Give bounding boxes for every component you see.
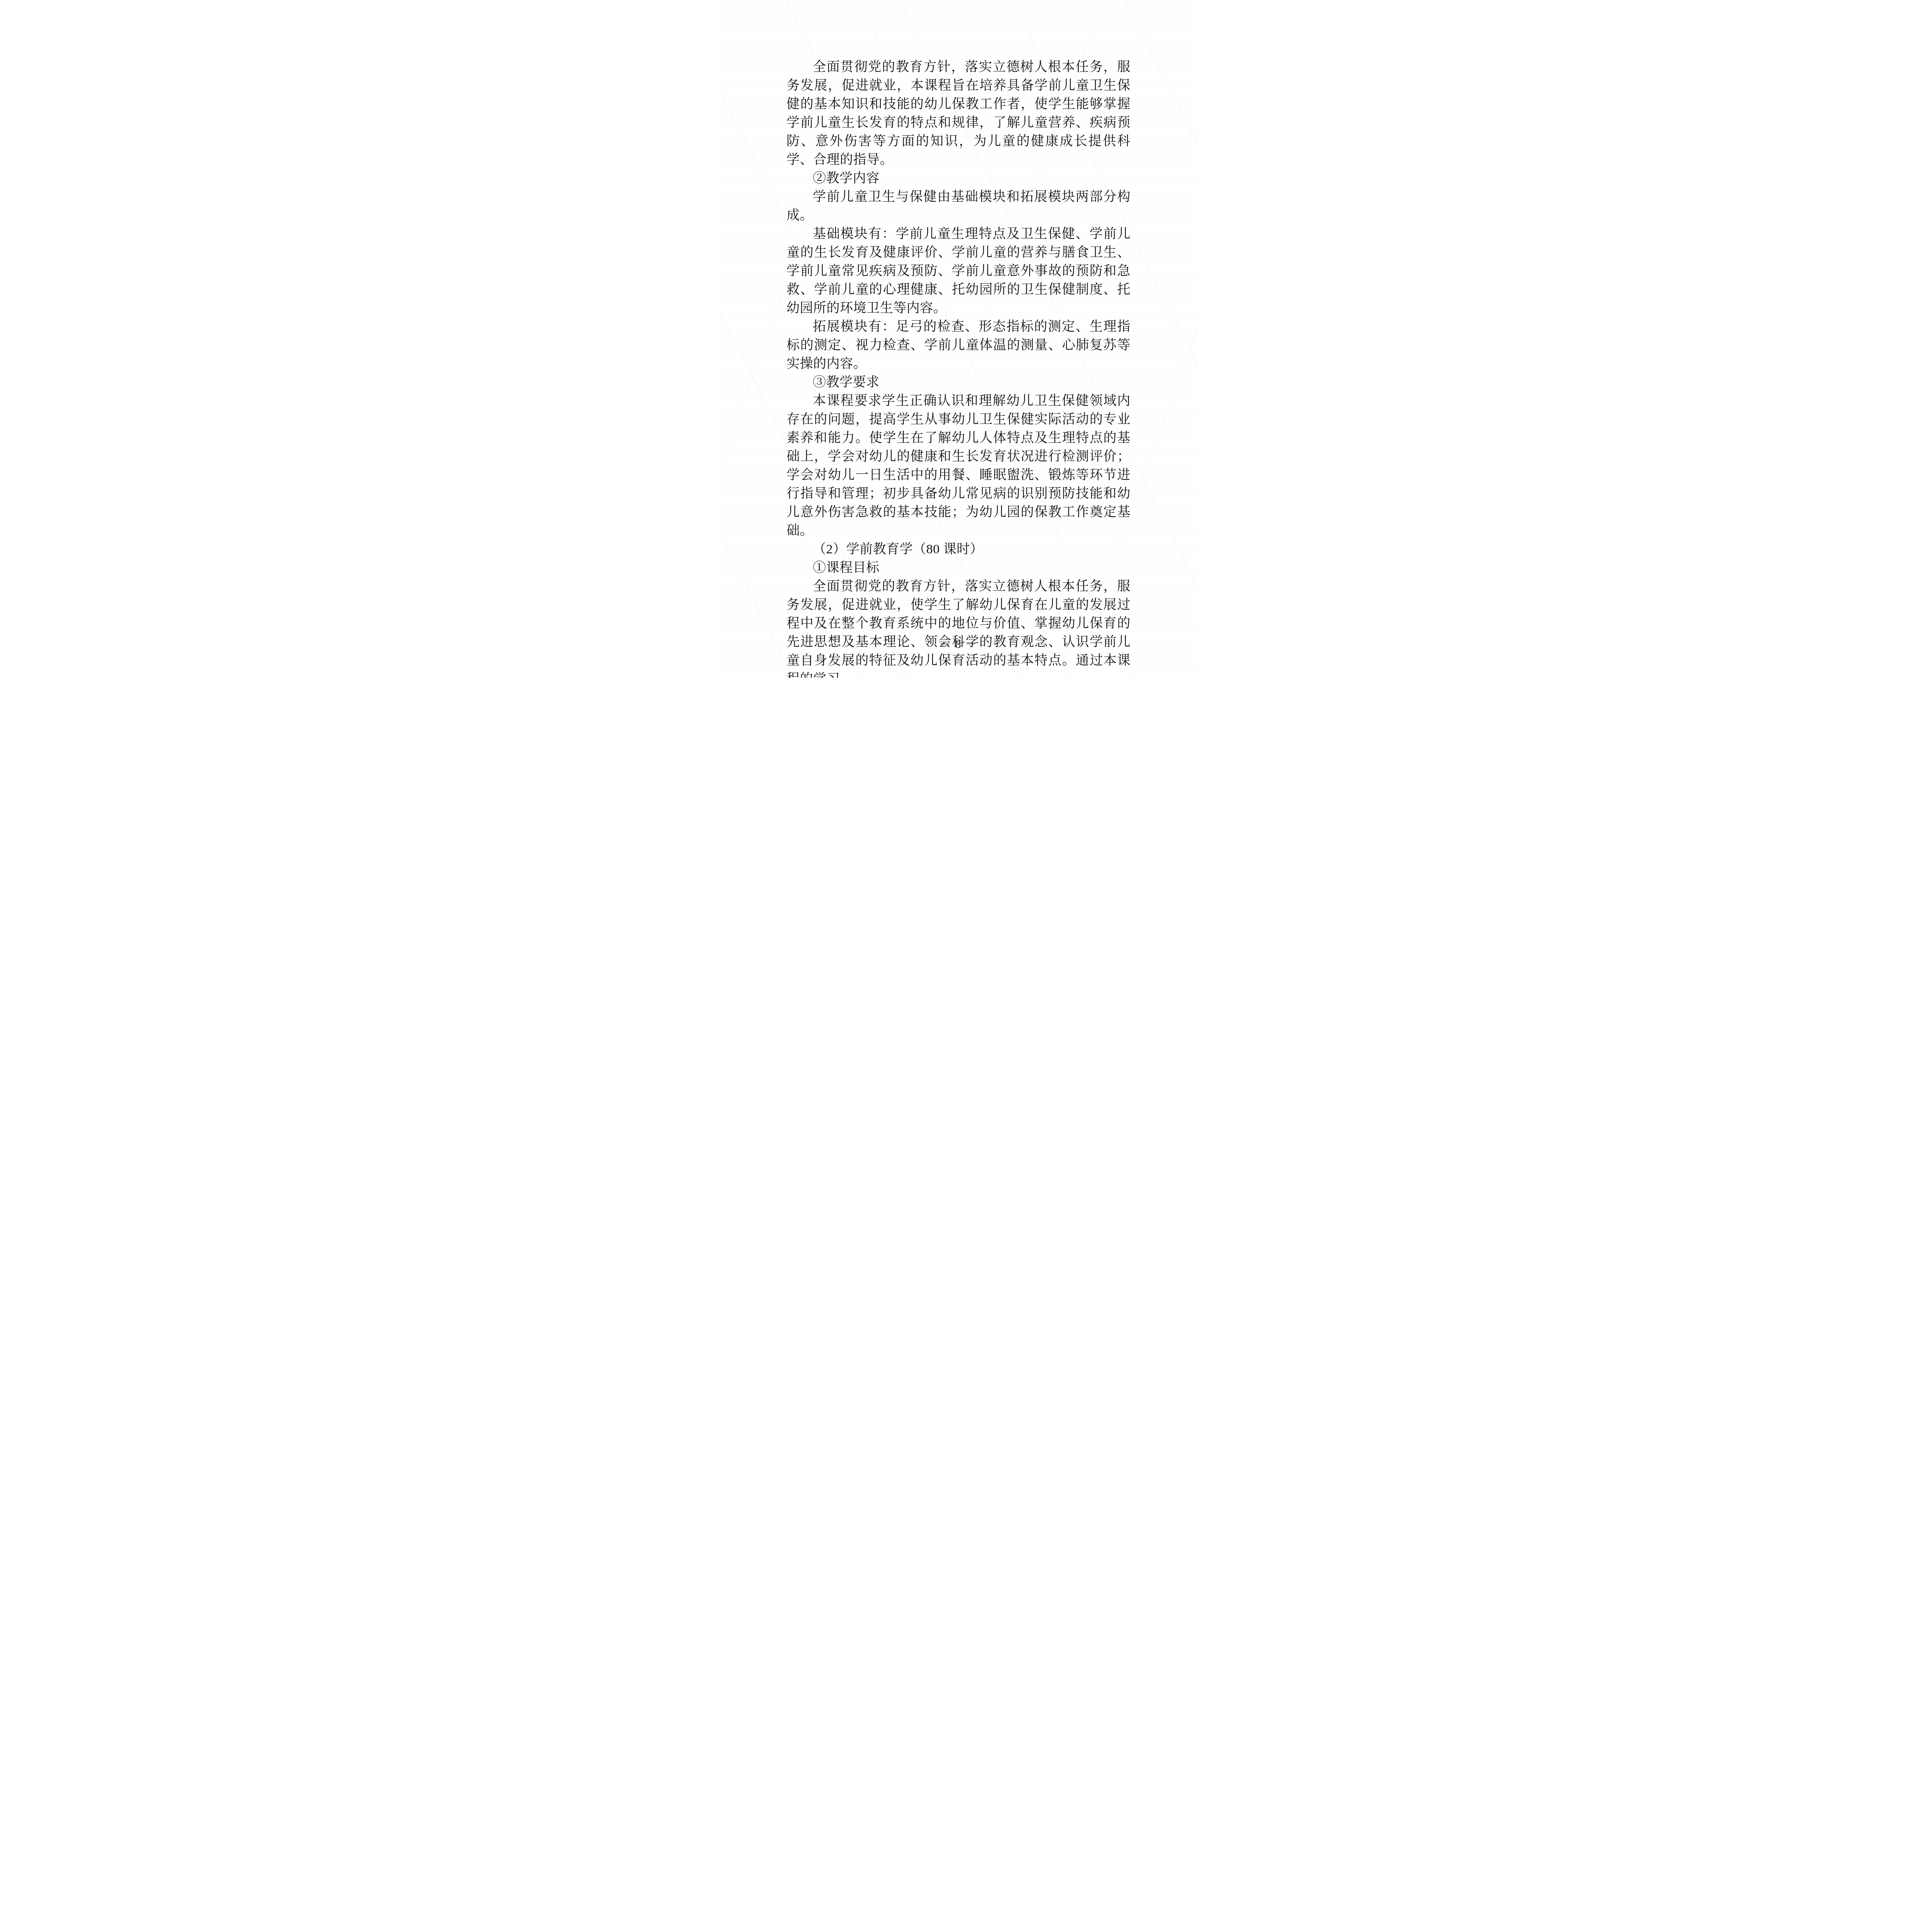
paragraph-pedagogy-goal: 全面贯彻党的教育方针，落实立德树人根本任务，服务发展，促进就业，使学生了解幼儿保… — [787, 577, 1130, 678]
document-page: 全面贯彻党的教育方针，落实立德树人根本任务，服务发展，促进就业，本课程旨在培养具… — [719, 0, 1198, 678]
paragraph-extended-module: 拓展模块有：足弓的检查、形态指标的测定、生理指标的测定、视力检查、学前儿童体温的… — [787, 318, 1130, 373]
page-number: － 8 － — [719, 637, 1198, 652]
heading-course-preschool-pedagogy: （2）学前教育学（80 课时） — [787, 540, 1130, 559]
text-block: 全面贯彻党的教育方针，落实立德树人根本任务，服务发展，促进就业，本课程旨在培养具… — [787, 58, 1130, 678]
heading-course-objectives: ①课程目标 — [787, 559, 1130, 577]
heading-teaching-requirements: ③教学要求 — [787, 373, 1130, 392]
paragraph-course-goal: 全面贯彻党的教育方针，落实立德树人根本任务，服务发展，促进就业，本课程旨在培养具… — [787, 58, 1130, 169]
paragraph-teaching-requirements: 本课程要求学生正确认识和理解幼儿卫生保健领域内存在的问题，提高学生从事幼儿卫生保… — [787, 392, 1130, 540]
heading-teaching-content: ②教学内容 — [787, 169, 1130, 188]
paragraph-module-overview: 学前儿童卫生与保健由基础模块和拓展模块两部分构成。 — [787, 188, 1130, 225]
paragraph-basic-module: 基础模块有：学前儿童生理特点及卫生保健、学前儿童的生长发育及健康评价、学前儿童的… — [787, 225, 1130, 318]
